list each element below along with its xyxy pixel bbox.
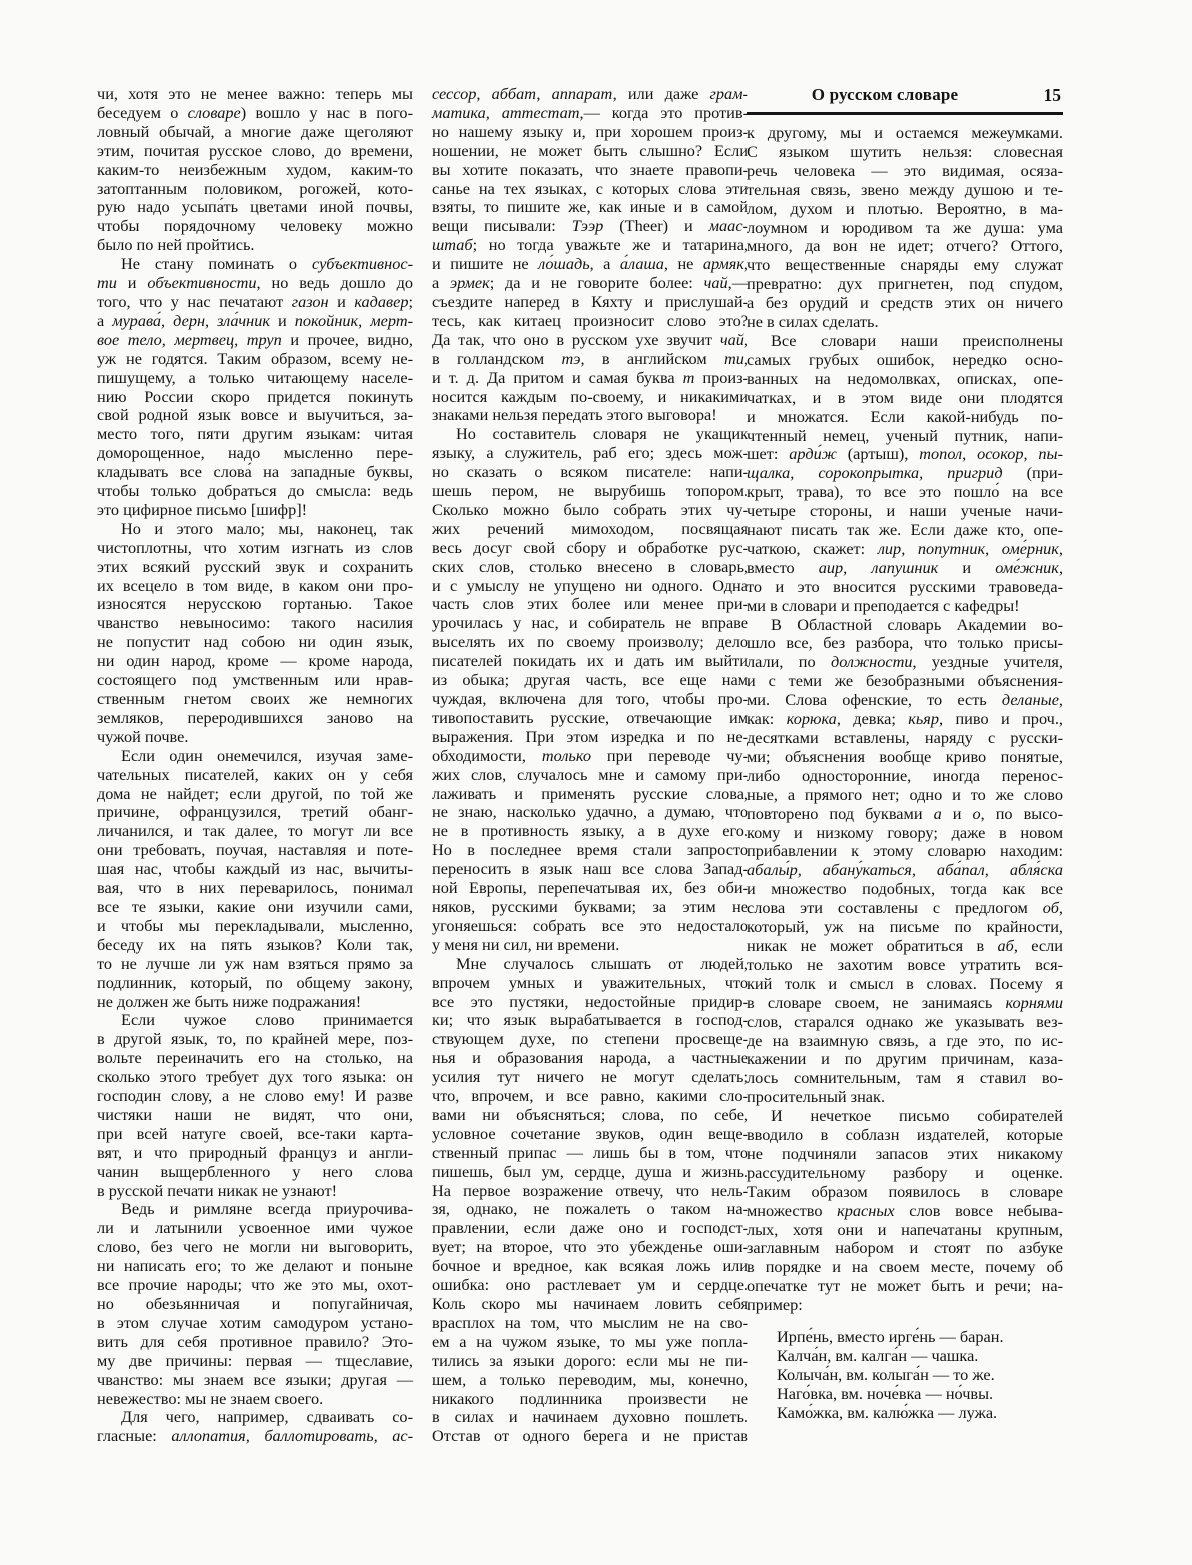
- text-line: было по ней пройтись.: [97, 236, 413, 255]
- text-line: чанин выщербленного у него слова: [97, 1163, 413, 1182]
- text-line: санье на тех языках, с которых слова эти: [432, 180, 748, 199]
- text-line: ки; что язык вырабатывается в господ-: [432, 1011, 748, 1030]
- text-line: все прочие народы; что же это мы, охот-: [97, 1276, 413, 1295]
- text-line: гласные: аллопатия, баллотировать, ас-: [97, 1427, 413, 1446]
- text-line: того, что у нас печатают газон и кадавер…: [97, 293, 413, 312]
- text-line: и чтобы мы перекладывали, мысленно,: [97, 917, 413, 936]
- text-line: дома не найдет; если другой, по той же: [97, 785, 413, 804]
- text-line: шем, а только переводим, мы, конечно,: [432, 1371, 748, 1390]
- text-line: чтобы порядочному человеку можно: [97, 217, 413, 236]
- text-line: С языком шутить нельзя: словесная: [747, 143, 1063, 162]
- text-line: Мне случалось слышать от людей,: [432, 955, 748, 974]
- text-line: лали, по должности, уездные учителя,: [747, 653, 1063, 672]
- text-line: чаткою, скажет: лир, попутник, оме́рник,: [747, 540, 1063, 559]
- text-line: ловный обычай, а многие даже щеголяют: [97, 123, 413, 142]
- text-line: чуждая, включена для того, чтобы про-: [432, 690, 748, 709]
- text-line: лоумном и юродивом та же душа: ума: [747, 219, 1063, 238]
- text-line: у меня ни сил, ни времени.: [432, 936, 748, 955]
- text-line: лось сомнительным, там я ставил во-: [747, 1069, 1063, 1088]
- text-line: уж не годятся. Таким образом, всему не-: [97, 350, 413, 369]
- running-header: О русском словаре 15: [747, 84, 1063, 108]
- text-line: свой родной язык вовсе и выучиться, за-: [97, 406, 413, 425]
- text-line: усилия тут ничего не могут сделать;: [432, 1068, 748, 1087]
- text-line: кий толк и смысл в словах. Посему я: [747, 975, 1063, 994]
- text-line: и с теми же безобразными объяснения-: [747, 672, 1063, 691]
- text-line: просительный знак.: [747, 1088, 1063, 1107]
- text-line: не попустит над собою ни один язык,: [97, 633, 413, 652]
- text-line: правлении, если даже оно и господст-: [432, 1219, 748, 1238]
- text-line: невежество: мы не знаем своего.: [97, 1390, 413, 1409]
- text-line: де на взаимную связь, а где это, по ис-: [747, 1032, 1063, 1051]
- text-line: что, впрочем, и все равно, какими сло-: [432, 1087, 748, 1106]
- paragraph: И нечеткое письмо собирателейвводило в с…: [747, 1107, 1063, 1315]
- text-line: писателей покидать их и дать им выйти: [432, 652, 748, 671]
- text-line: вое тело, мертвец, труп и прочее, видно,: [97, 331, 413, 350]
- column-text: к другому, мы и остаемся межеумками.С яз…: [747, 124, 1063, 1423]
- paragraph: Мне случалось слышать от людей,впрочем у…: [432, 955, 748, 1447]
- text-line: Колыча́н, вм. колыга́н — то же.: [777, 1366, 1063, 1385]
- text-line: только не захотим вовсе утратить вся-: [747, 956, 1063, 975]
- running-title: О русском словаре: [747, 84, 1023, 106]
- text-line: что вещественные снаряды ему служат: [747, 256, 1063, 275]
- text-line: В Областной словарь Академии во-: [747, 616, 1063, 635]
- text-line: чатках, и в этом виде они плодятся: [747, 389, 1063, 408]
- text-line: рую надо усыпа́ть цветами иной почвы,: [97, 198, 413, 217]
- text-line: ствующем духе, по степени просвеще-: [432, 1030, 748, 1049]
- text-line: Сколько можно было собрать этих чу-: [432, 501, 748, 520]
- text-line: они требовать, поучая, наставляя и поте-: [97, 841, 413, 860]
- text-line: чтобы только добраться до смысла: ведь: [97, 482, 413, 501]
- text-line: четыре стороны, и наши ученые начи-: [747, 502, 1063, 521]
- text-line: слов, старался однако же указывать вез-: [747, 1013, 1063, 1032]
- text-line: щалка, сорокопрытка, пригрид (при-: [747, 464, 1063, 483]
- text-line: это цифирное письмо [шифр]!: [97, 501, 413, 520]
- text-line: вить для себя противное правило? Это-: [97, 1333, 413, 1352]
- text-line: пример:: [747, 1296, 1063, 1315]
- text-line: заглавным набором и стоят по азбуке: [747, 1239, 1063, 1258]
- text-line: ошибка: оно растлевает ум и сердце.: [432, 1276, 748, 1295]
- text-line: этим, почитая русское слово, до времени,: [97, 142, 413, 161]
- text-line: затоптанным половиком, рогожей, кото-: [97, 180, 413, 199]
- text-line: тельная связь, звено между душою и те-: [747, 181, 1063, 200]
- text-line: повторено под буквами а и о, по высо-: [747, 805, 1063, 824]
- text-line: И нечеткое письмо собирателей: [747, 1107, 1063, 1126]
- text-line: либо односторонние, иногда перенос-: [747, 767, 1063, 786]
- text-line: нию России скоро придется покинуть: [97, 388, 413, 407]
- text-line: не подчиняли запасов этих никакому: [747, 1145, 1063, 1164]
- text-column-3: О русском словаре 15 к другому, мы и ост…: [747, 84, 1063, 1423]
- text-line: пишущему, а только читающему населе-: [97, 369, 413, 388]
- text-line: прибавлении к этому словарю находим:: [747, 842, 1063, 861]
- text-line: крыт, трава), то все это пошло́ на все: [747, 483, 1063, 502]
- text-line: в русской печати никак не узнают!: [97, 1182, 413, 1201]
- text-line: чательных писателей, каких он у себя: [97, 766, 413, 785]
- text-line: выражения. При этом изредка и по не-: [432, 728, 748, 747]
- text-line: вует; на второе, что это убежденье оши-: [432, 1238, 748, 1257]
- page-number: 15: [1044, 84, 1062, 106]
- text-line: На первое возражение отвечу, что нель-: [432, 1182, 748, 1201]
- text-line: жих речений мимоходом, посвящая: [432, 520, 748, 539]
- text-line: шет: арди́ж (артыш), топол, осокор, пы-: [747, 445, 1063, 464]
- text-line: не должен же быть ниже подражания!: [97, 993, 413, 1012]
- text-line: ной Европы, перепечатывая их, без оби-: [432, 879, 748, 898]
- text-line: лых, хотя они и напечатаны крупным,: [747, 1221, 1063, 1240]
- text-line: превратно: дух пригнетен, под спудом,: [747, 275, 1063, 294]
- text-line: но обезьянничая и попугайничая,: [97, 1295, 413, 1314]
- text-line: Но в последнее время стали запросто: [432, 841, 748, 860]
- text-line: жих слов, случалось мне и самому при-: [432, 766, 748, 785]
- text-line: ми в словари и преподается с кафедры!: [747, 597, 1063, 616]
- text-line: никакого подлинника произвести не: [432, 1390, 748, 1409]
- text-line: чи, хотя это не менее важно: теперь мы: [97, 85, 413, 104]
- text-line: переносить в язык наш все слова Запад-: [432, 860, 748, 879]
- text-line: то и это вносится русскими травоведа-: [747, 578, 1063, 597]
- text-line: тесь, как китаец произносит слово это?: [432, 312, 748, 331]
- text-line: кому и низкому говору; даже в новом: [747, 824, 1063, 843]
- text-line: из обыка; другая часть, все еще нам: [432, 671, 748, 690]
- text-line: а эрмек; да и не говорите более: чай,—: [432, 274, 748, 293]
- book-page: чи, хотя это не менее важно: теперь мыбе…: [0, 0, 1192, 1565]
- text-line: рассудительному разбору и оценке.: [747, 1164, 1063, 1183]
- text-line: сессор, аббат, аппарат, или даже грам-: [432, 85, 748, 104]
- text-line: Таким образом появилось в словаре: [747, 1183, 1063, 1202]
- text-line: все те языки, какие они изучили сами,: [97, 898, 413, 917]
- paragraph: В Областной словарь Академии во-шло все,…: [747, 616, 1063, 1108]
- text-line: ем а на чужом языке, то мы уже попла-: [432, 1333, 748, 1352]
- text-line: нья и образования народа, а частные: [432, 1049, 748, 1068]
- text-line: ванных на недомолвках, описках, опе-: [747, 370, 1063, 389]
- text-line: в другой язык, то, по крайней мере, поз-: [97, 1030, 413, 1049]
- text-line: угоняешься: собрать все это недостало: [432, 917, 748, 936]
- text-line: слова эти составлены с предлогом об,: [747, 899, 1063, 918]
- text-line: выселять их по своему произволу; дело: [432, 633, 748, 652]
- text-line: слово, без чего не могли ни выговорить,: [97, 1238, 413, 1257]
- example-word-list: Ирпе́нь, вместо ирге́нь — баран.Калча́н,…: [747, 1328, 1063, 1423]
- text-line: опечатке тут не может быть и речи; на-: [747, 1277, 1063, 1296]
- text-line: земляков, переродившихся заново на: [97, 709, 413, 728]
- text-line: вместо аир, лапушник и оме́жник,: [747, 559, 1063, 578]
- text-line: лаживать и применять русские слова,: [432, 785, 748, 804]
- text-line: вольте переиначить его на столько, на: [97, 1049, 413, 1068]
- text-line: чистяки наши не видят, что они,: [97, 1106, 413, 1125]
- text-line: но нашему языку и, при хорошем произ-: [432, 123, 748, 142]
- text-line: Отстав от одного берега и не пристав: [432, 1427, 748, 1446]
- text-line: доморощенное, надо мысленно пере-: [97, 444, 413, 463]
- text-line: Калча́н, вм. калга́н — чашка.: [777, 1347, 1063, 1366]
- text-line: никак не может обратиться в аб, если: [747, 937, 1063, 956]
- text-line: ли и латынили усвоенное ими чужое: [97, 1219, 413, 1238]
- text-line: Если один онемечился, изучая заме-: [97, 747, 413, 766]
- paragraph: Но составитель словаря не укащикязыку, а…: [432, 425, 748, 954]
- text-line: износятся нерусскою гортанью. Такое: [97, 595, 413, 614]
- text-line: весь досуг свой сбору и обработке рус-: [432, 539, 748, 558]
- paragraph: Если один онемечился, изучая заме-чатель…: [97, 747, 413, 1012]
- text-line: вая, что в них переварилось, понимал: [97, 879, 413, 898]
- text-line: зя, однако, не пожалеть о таком на-: [432, 1200, 748, 1219]
- text-line: все это пустяки, недостойные придир-: [432, 993, 748, 1012]
- text-line: причине, офранцузился, третий обанг-: [97, 803, 413, 822]
- text-line: в порядке и на своем месте, почему об: [747, 1258, 1063, 1277]
- text-line: вещи писывали: Тээр (Theer) и маас-: [432, 217, 748, 236]
- text-line: то не лучше ли уж нам взяться прямо за: [97, 955, 413, 974]
- text-line: в силах и начинаем духовно пошлеть.: [432, 1408, 748, 1427]
- text-line: как: корюка, девка; кьяр, пиво и проч.,: [747, 710, 1063, 729]
- text-line: речь человека — это видимая, осяза-: [747, 162, 1063, 181]
- text-line: десятками вставлены, наряду с русски-: [747, 729, 1063, 748]
- text-column-1: чи, хотя это не менее важно: теперь мыбе…: [97, 85, 413, 1446]
- text-line: абалы́р, абану́каться, аба́пал, абля́ска: [747, 861, 1063, 880]
- text-line: не в силах сделать.: [747, 313, 1063, 332]
- text-line: подлинник, который, по общему закону,: [97, 974, 413, 993]
- text-line: чванство: мы знаем все языки; другая —: [97, 1371, 413, 1390]
- text-line: в словаре своем, не занимаясь корнями: [747, 994, 1063, 1013]
- paragraph: сессор, аббат, аппарат, или даже грам-ма…: [432, 85, 748, 425]
- text-line: множество красных слов вовсе небыва-: [747, 1202, 1063, 1221]
- text-line: шешь пером, не вырубишь топором.: [432, 482, 748, 501]
- text-line: ми. Слова офенские, то есть деланые,: [747, 691, 1063, 710]
- paragraph: к другому, мы и остаемся межеумками.С яз…: [747, 124, 1063, 332]
- text-line: место того, пяти другим языкам: читая: [97, 425, 413, 444]
- text-line: шая нас, чтобы каждый из нас, вычиты-: [97, 860, 413, 879]
- text-line: языку, а служитель, раб его; здесь мож-: [432, 444, 748, 463]
- paragraph: Ведь и римляне всегда приурочива-ли и ла…: [97, 1200, 413, 1408]
- text-line: вят, и что природный француз и англи-: [97, 1144, 413, 1163]
- text-line: ти и объективности, но ведь дошло до: [97, 274, 413, 293]
- paragraph: Все словари наши преисполненысамых грубы…: [747, 332, 1063, 616]
- text-line: чванство невыносимо: такого насилия: [97, 614, 413, 633]
- text-line: ственным гнетом своих же немногих: [97, 690, 413, 709]
- text-line: условное сочетание звуков, один веще-: [432, 1125, 748, 1144]
- text-line: матика, аттестат,— когда это против-: [432, 104, 748, 123]
- text-line: беседу их на пять языков? Коли так,: [97, 936, 413, 955]
- text-line: который, уж на письме по крайности,: [747, 918, 1063, 937]
- text-line: и т. д. Да притом и самая буква т произ-: [432, 369, 748, 388]
- text-line: чужой почве.: [97, 728, 413, 747]
- text-line: Камо́жка, вм. калю́жка — лужа.: [777, 1404, 1063, 1423]
- text-line: нают писать так же. Если даже кто, опе-: [747, 521, 1063, 540]
- text-line: Все словари наши преисполнены: [747, 332, 1063, 351]
- text-line: господин слову, а не слово ему! И разве: [97, 1087, 413, 1106]
- text-line: носится каждым по-своему, и никакими: [432, 388, 748, 407]
- text-line: Ирпе́нь, вместо ирге́нь — баран.: [777, 1328, 1063, 1347]
- text-line: впрочем умных и уважительных, что: [432, 974, 748, 993]
- paragraph: Не стану поминать о субъективнос-ти и об…: [97, 255, 413, 520]
- text-line: Но и этого мало; мы, наконец, так: [97, 520, 413, 539]
- text-line: много, да вон не идет; отчего? Оттого,: [747, 237, 1063, 256]
- header-rule: [747, 112, 1063, 115]
- paragraph: Если чужое слово принимаетсяв другой язы…: [97, 1011, 413, 1200]
- text-line: к другому, мы и остаемся межеумками.: [747, 124, 1063, 143]
- text-line: Ведь и римляне всегда приурочива-: [97, 1200, 413, 1219]
- paragraph: Но и этого мало; мы, наконец, такчистопл…: [97, 520, 413, 747]
- text-line: чистоплотны, что хотим изгнать из слов: [97, 539, 413, 558]
- text-line: тились за языки дорого: если мы не пи-: [432, 1352, 748, 1371]
- text-line: пишешь, был ум, сердце, душа и жизнь.: [432, 1163, 748, 1182]
- text-line: в этом случае хотим самодуром устано-: [97, 1314, 413, 1333]
- text-line: знаками нельзя передать этого выговора!: [432, 406, 748, 425]
- text-line: му две причины: первая — тщеславие,: [97, 1352, 413, 1371]
- text-line: штаб; но тогда уважьте же и татарина,: [432, 236, 748, 255]
- text-column-2: сессор, аббат, аппарат, или даже грам-ма…: [432, 85, 748, 1446]
- text-line: их всецело в том виде, в каком они про-: [97, 577, 413, 596]
- text-line: и множество подобных, тогда как все: [747, 880, 1063, 899]
- text-line: Не стану поминать о субъективнос-: [97, 255, 413, 274]
- text-line: кажении и по другим причинам, каза-: [747, 1050, 1063, 1069]
- paragraph: Для чего, например, сдваивать со-гласные…: [97, 1408, 413, 1446]
- text-line: врасплох на том, что мыслим не на сво-: [432, 1314, 748, 1333]
- text-line: ственный припас — лишь бы в том, что: [432, 1144, 748, 1163]
- text-line: и пишите не ло́шадь, а а́лаша, не армяк,: [432, 255, 748, 274]
- text-line: при всей натуге своей, все-таки карта-: [97, 1125, 413, 1144]
- text-line: бочное и вредное, как всякая ложь или: [432, 1257, 748, 1276]
- text-line: не в противность языку, а в духе его.: [432, 822, 748, 841]
- text-line: и с умыслу не упущено ни одного. Одна: [432, 577, 748, 596]
- text-line: взяты, то пишите же, как иные и в самой: [432, 198, 748, 217]
- text-line: Наго́вка, вм. ноче́вка — но́чвы.: [777, 1385, 1063, 1404]
- text-line: няков, русскими буквами; за этим не: [432, 898, 748, 917]
- text-line: ми; объяснения вообще криво понятые,: [747, 748, 1063, 767]
- text-line: Коль скоро мы начинаем ловить себя: [432, 1295, 748, 1314]
- text-line: а мурава́, дерн, зла́чник и покойник, ме…: [97, 312, 413, 331]
- text-line: беседуем о словаре) вошло у нас в пого-: [97, 104, 413, 123]
- text-line: ни написать его; то же делают и поныне: [97, 1257, 413, 1276]
- text-line: лом, духом и плотью. Вероятно, в ма-: [747, 200, 1063, 219]
- text-line: этих всякий русский звук и сохранить: [97, 558, 413, 577]
- text-line: обходимости, только при переводе чу-: [432, 747, 748, 766]
- text-line: но сказать о всяком писателе: напи-: [432, 463, 748, 482]
- text-line: часть слов этих более или менее при-: [432, 595, 748, 614]
- text-line: ских слов, столько внесено в словарь,: [432, 558, 748, 577]
- text-line: не знаю, насколько удачно, а думаю, что: [432, 803, 748, 822]
- text-line: чтенный немец, ученый путник, напи-: [747, 427, 1063, 446]
- text-line: Для чего, например, сдваивать со-: [97, 1408, 413, 1427]
- text-line: шло все, без разбора, что только присы-: [747, 634, 1063, 653]
- text-line: вами ни объясняться; слова, по себе,: [432, 1106, 748, 1125]
- text-line: личанился, и так далее, то могут ли все: [97, 822, 413, 841]
- text-line: вводило в соблазн издателей, которые: [747, 1126, 1063, 1145]
- text-line: урочилась у нас, и собиратель не вправе: [432, 614, 748, 633]
- text-line: съездите наперед в Кяхту и прислушай-: [432, 293, 748, 312]
- text-line: в голландском тэ, в английском ти,: [432, 350, 748, 369]
- text-line: а без орудий и средств этих он ничего: [747, 294, 1063, 313]
- text-line: и множатся. Если какой-нибудь по-: [747, 408, 1063, 427]
- text-line: ношении, не может быть слышно? Если: [432, 142, 748, 161]
- text-line: самых грубых ошибок, нередко осно-: [747, 351, 1063, 370]
- text-line: состоящего под умственным или нрав-: [97, 671, 413, 690]
- text-line: кладывать все слова́ на западные буквы,: [97, 463, 413, 482]
- text-line: Но составитель словаря не укащик: [432, 425, 748, 444]
- text-line: ные, а прямого нет; одно и то же слово: [747, 786, 1063, 805]
- text-line: ни один народ, кроме — кроме народа,: [97, 652, 413, 671]
- text-line: тивопоставить русские, отвечающие им: [432, 709, 748, 728]
- text-line: Да так, что оно в русском ухе звучит чай…: [432, 331, 748, 350]
- text-line: вы хотите показать, что знаете правопи-: [432, 161, 748, 180]
- paragraph: чи, хотя это не менее важно: теперь мыбе…: [97, 85, 413, 255]
- text-line: сколько этого требует дух того языка: он: [97, 1068, 413, 1087]
- text-line: каким-то неизбежным худом, каким-то: [97, 161, 413, 180]
- text-line: Если чужое слово принимается: [97, 1011, 413, 1030]
